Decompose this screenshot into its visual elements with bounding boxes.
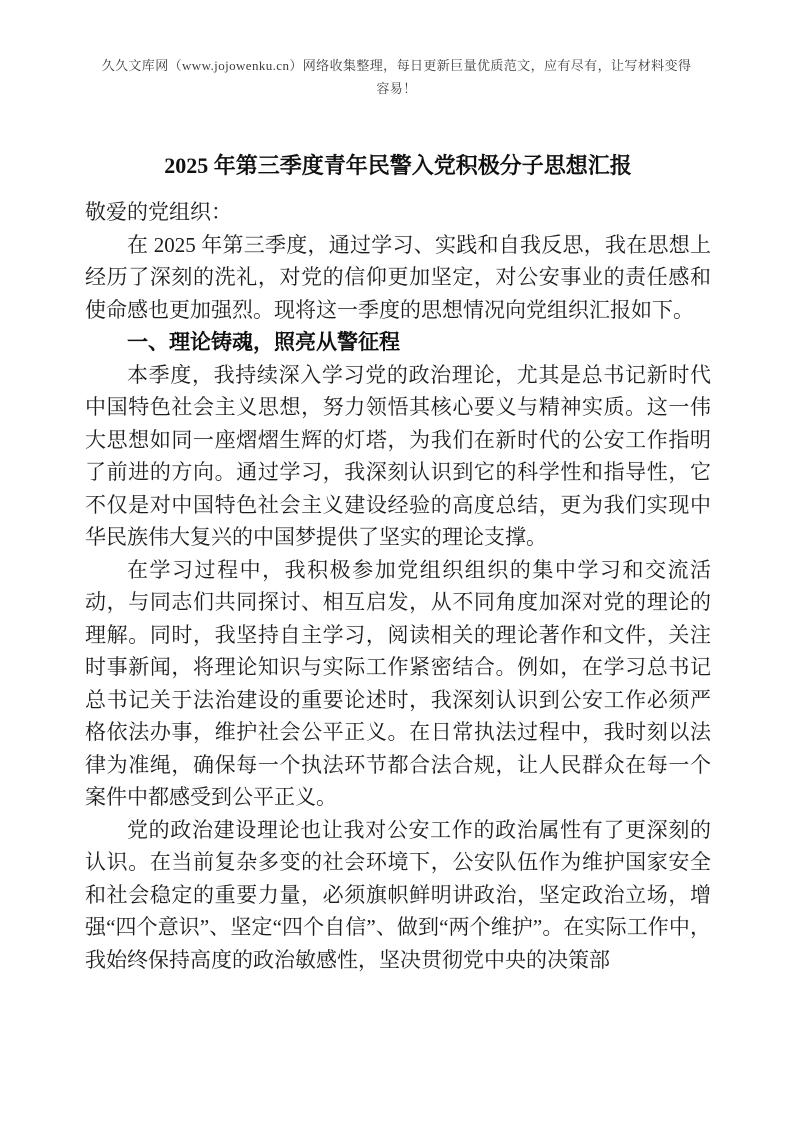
- salutation: 敬爱的党组织：: [85, 196, 711, 229]
- page-header: 久久文库网（www.jojowenku.cn）网络收集整理，每日更新巨量优质范文…: [96, 54, 697, 100]
- section-heading-1: 一、理论铸魂，照亮从警征程: [85, 326, 711, 359]
- paragraph-intro: 在 2025 年第三季度，通过学习、实践和自我反思，我在思想上经历了深刻的洗礼，…: [85, 229, 711, 327]
- document-body: 2025 年第三季度青年民警入党积极分子思想汇报 敬爱的党组织： 在 2025 …: [85, 146, 711, 976]
- document-page: 久久文库网（www.jojowenku.cn）网络收集整理，每日更新巨量优质范文…: [0, 0, 793, 1122]
- paragraph-political-construction: 党的政治建设理论也让我对公安工作的政治属性有了更深刻的认识。在当前复杂多变的社会…: [85, 814, 711, 977]
- header-watermark-text: 久久文库网（www.jojowenku.cn）网络收集整理，每日更新巨量优质范文…: [102, 58, 692, 96]
- paragraph-theory-study: 本季度，我持续深入学习党的政治理论，尤其是总书记新时代中国特色社会主义思想，努力…: [85, 359, 711, 554]
- document-title: 2025 年第三季度青年民警入党积极分子思想汇报: [85, 146, 711, 186]
- paragraph-study-process: 在学习过程中，我积极参加党组织组织的集中学习和交流活动，与同志们共同探讨、相互启…: [85, 554, 711, 814]
